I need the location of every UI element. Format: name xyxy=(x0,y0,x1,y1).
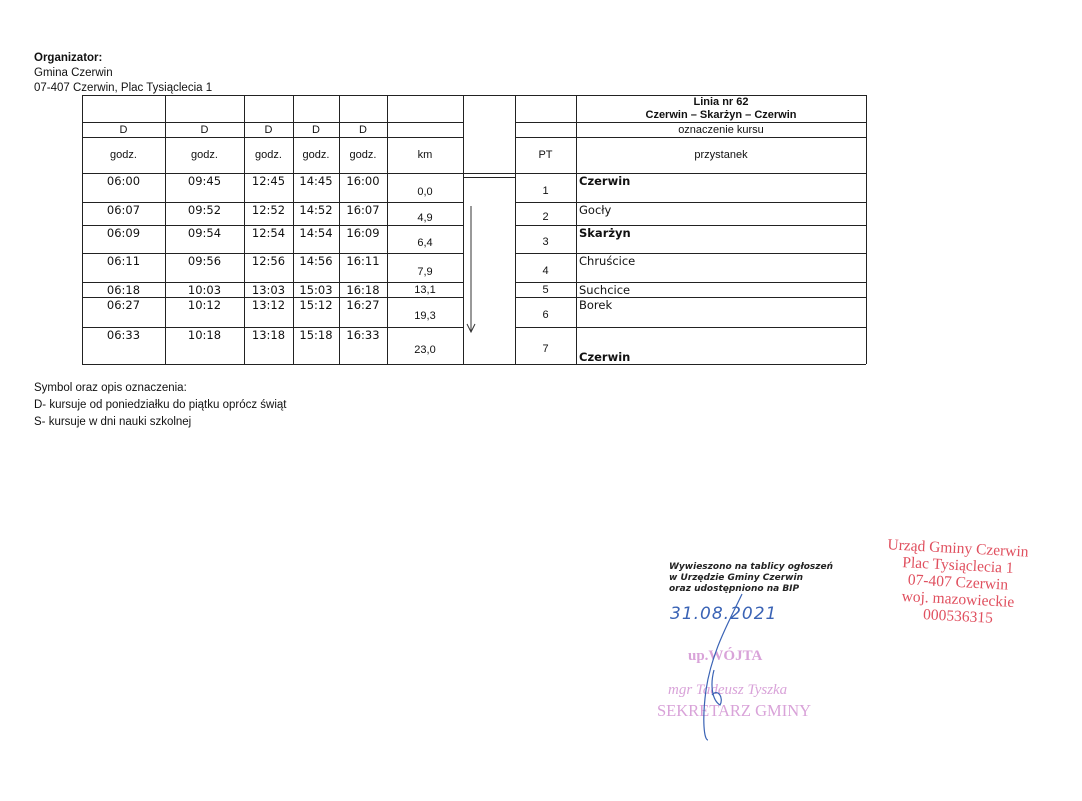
organizer-address: 07-407 Czerwin, Plac Tysiąclecia 1 xyxy=(34,81,212,95)
departure-time: 06:33 xyxy=(82,327,165,364)
departure-time: 16:09 xyxy=(339,225,387,253)
departure-time: 16:07 xyxy=(339,202,387,225)
course-marking: D xyxy=(293,122,339,137)
stop-number: 3 xyxy=(515,225,576,253)
departure-time: 16:11 xyxy=(339,253,387,282)
departure-time: 12:45 xyxy=(244,173,293,202)
line-title-cell: Linia nr 62Czerwin – Skarżyn – Czerwin xyxy=(576,95,866,122)
departure-time: 12:54 xyxy=(244,225,293,253)
course-marking: D xyxy=(244,122,293,137)
departure-time: 12:56 xyxy=(244,253,293,282)
departure-time: 13:03 xyxy=(244,282,293,297)
header-km: km xyxy=(387,137,463,173)
posting-note-line-2: w Urzędzie Gminy Czerwin xyxy=(669,573,803,584)
table-border-bottom xyxy=(82,364,866,365)
departure-time: 14:56 xyxy=(293,253,339,282)
departure-time: 13:12 xyxy=(244,297,293,327)
departure-time: 09:52 xyxy=(165,202,244,225)
header-time: godz. xyxy=(293,137,339,173)
km-value: 6,4 xyxy=(387,225,463,253)
course-marking: D xyxy=(82,122,165,137)
departure-time: 06:09 xyxy=(82,225,165,253)
stop-number: 7 xyxy=(515,327,576,364)
departure-time: 15:12 xyxy=(293,297,339,327)
departure-time: 16:27 xyxy=(339,297,387,327)
stop-number: 2 xyxy=(515,202,576,225)
table-rule xyxy=(463,173,515,174)
organizer-name: Gmina Czerwin xyxy=(34,66,113,80)
km-value: 0,0 xyxy=(387,173,463,202)
header-time: godz. xyxy=(82,137,165,173)
header-stop: przystanek xyxy=(576,137,866,173)
departure-time: 16:33 xyxy=(339,327,387,364)
km-value: 7,9 xyxy=(387,253,463,282)
office-stamp: Urząd Gminy Czerwin Plac Tysiąclecia 1 0… xyxy=(868,540,1048,625)
departure-time: 14:54 xyxy=(293,225,339,253)
stop-number: 4 xyxy=(515,253,576,282)
km-value: 4,9 xyxy=(387,202,463,225)
line-number: Linia nr 62 xyxy=(693,96,748,109)
departure-time: 06:27 xyxy=(82,297,165,327)
stop-number: 1 xyxy=(515,173,576,202)
departure-time: 14:45 xyxy=(293,173,339,202)
signature-scribble-icon xyxy=(690,590,750,750)
departure-time: 06:18 xyxy=(82,282,165,297)
stop-number: 6 xyxy=(515,297,576,327)
header-time: godz. xyxy=(244,137,293,173)
departure-time: 06:07 xyxy=(82,202,165,225)
route-name: Czerwin – Skarżyn – Czerwin xyxy=(646,109,797,122)
stop-name: Skarżyn xyxy=(576,225,866,253)
km-value: 23,0 xyxy=(387,327,463,364)
departure-time: 10:12 xyxy=(165,297,244,327)
stop-name: Borek xyxy=(576,297,866,327)
arrow-down-icon xyxy=(462,206,482,336)
stop-name: Chruścice xyxy=(576,253,866,282)
course-marking: D xyxy=(165,122,244,137)
table-border-right xyxy=(866,95,867,364)
departure-time: 15:03 xyxy=(293,282,339,297)
stop-name: Czerwin xyxy=(576,173,866,202)
departure-time: 16:00 xyxy=(339,173,387,202)
stop-number: 5 xyxy=(515,282,576,297)
departure-time: 16:18 xyxy=(339,282,387,297)
departure-time: 09:54 xyxy=(165,225,244,253)
departure-time: 10:18 xyxy=(165,327,244,364)
departure-time: 15:18 xyxy=(293,327,339,364)
stop-name: Gocły xyxy=(576,202,866,225)
legend-item-s: S- kursuje w dni nauki szkolnej xyxy=(34,414,191,431)
legend-title: Symbol oraz opis oznaczenia: xyxy=(34,380,187,397)
km-value: 19,3 xyxy=(387,297,463,327)
header-time: godz. xyxy=(165,137,244,173)
course-marking-label: oznaczenie kursu xyxy=(576,122,866,137)
stop-name: Czerwin xyxy=(576,327,866,364)
stop-name: Suchcice xyxy=(576,282,866,297)
legend-item-d: D- kursuje od poniedziałku do piątku opr… xyxy=(34,397,287,414)
departure-time: 10:03 xyxy=(165,282,244,297)
course-marking: D xyxy=(339,122,387,137)
organizer-label: Organizator: xyxy=(34,51,102,65)
table-rule xyxy=(463,177,515,178)
departure-time: 09:45 xyxy=(165,173,244,202)
km-value: 13,1 xyxy=(387,282,463,297)
header-time: godz. xyxy=(339,137,387,173)
departure-time: 12:52 xyxy=(244,202,293,225)
header-pt: PT xyxy=(515,137,576,173)
departure-time: 06:11 xyxy=(82,253,165,282)
posting-note-line-1: Wywieszono na tablicy ogłoszeń xyxy=(669,562,833,573)
departure-time: 09:56 xyxy=(165,253,244,282)
departure-time: 14:52 xyxy=(293,202,339,225)
departure-time: 13:18 xyxy=(244,327,293,364)
departure-time: 06:00 xyxy=(82,173,165,202)
